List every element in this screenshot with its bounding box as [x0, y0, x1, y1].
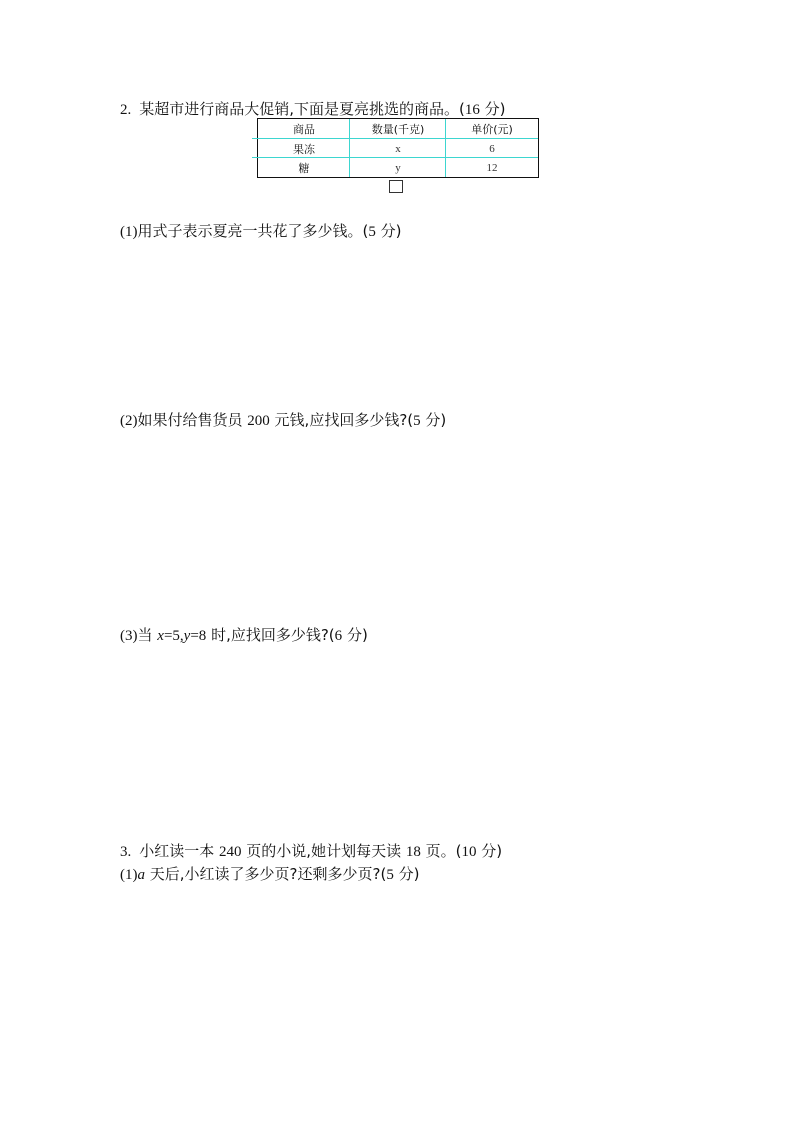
sub-question-text: 当 [138, 626, 158, 644]
table-grid-line [445, 119, 446, 177]
goods-table: 商品 数量(千克) 单价(元) 果冻 x 6 糖 y 12 [257, 118, 539, 178]
value-x: =5, [164, 628, 184, 644]
table-header-row: 商品 数量(千克) 单价(元) [258, 119, 538, 139]
payment-amount: 200 [247, 413, 270, 429]
table-header-cell: 商品 [258, 119, 350, 139]
table-cell-price: 12 [446, 158, 538, 178]
question-2-sub-1: (1)用式子表示夏亮一共花了多少钱。(5 分) [120, 221, 401, 242]
sub-question-points-suffix: 分) [376, 222, 402, 240]
value-y: =8 [190, 628, 206, 644]
question-2-sub-2: (2)如果付给售货员 200 元钱,应找回多少钱?(5 分) [120, 410, 446, 431]
variable-x: x [157, 628, 164, 644]
sub-question-points-suffix: 分) [394, 865, 420, 883]
table-grid-line [349, 119, 350, 177]
table-cell-quantity: x [350, 139, 446, 159]
sub-question-points: 5 [386, 867, 394, 883]
sub-question-text: 元钱,应找回多少钱?( [270, 411, 413, 429]
table-anchor-box [389, 180, 403, 193]
sub-question-points: 5 [368, 224, 376, 240]
table-cell-quantity: y [350, 158, 446, 178]
sub-question-prefix: (1) [120, 867, 138, 883]
sub-question-prefix: (2) [120, 413, 138, 429]
sub-question-points-suffix: 分) [342, 626, 368, 644]
sub-question-text: 用式子表示夏亮一共花了多少钱。( [138, 222, 369, 240]
question-2-heading: 2.某超市进行商品大促销,下面是夏亮挑选的商品。(16 分) [120, 99, 506, 120]
table-row: 糖 y 12 [258, 158, 538, 178]
sub-question-points: 5 [413, 413, 421, 429]
sub-question-text: 如果付给售货员 [138, 411, 248, 429]
table-cell-item: 果冻 [258, 139, 350, 159]
question-3-heading: 3.小红读一本 240 页的小说,她计划每天读 18 页。(10 分) [120, 841, 502, 862]
sub-question-points-suffix: 分) [421, 411, 447, 429]
variable-a: a [138, 867, 146, 883]
question-points-suffix: 分) [476, 842, 502, 860]
pages-per-day: 18 [406, 844, 421, 860]
question-text: 页的小说,她计划每天读 [242, 842, 406, 860]
total-pages: 240 [219, 844, 242, 860]
table-header-cell: 数量(千克) [350, 119, 446, 139]
sub-question-prefix: (1) [120, 224, 138, 240]
table-grid-line [252, 138, 538, 139]
table-header-cell: 单价(元) [446, 119, 538, 139]
question-3-sub-1: (1)a 天后,小红读了多少页?还剩多少页?(5 分) [120, 864, 419, 885]
question-number: 2. [120, 102, 131, 118]
sub-question-text: 天后,小红读了多少页?还剩多少页?( [145, 865, 386, 883]
sub-question-prefix: (3) [120, 628, 138, 644]
table-grid-line [252, 157, 538, 158]
table-row: 果冻 x 6 [258, 139, 538, 159]
question-number: 3. [120, 844, 131, 860]
question-points-suffix: 分) [480, 100, 506, 118]
table-cell-price: 6 [446, 139, 538, 159]
question-points: 10 [461, 844, 476, 860]
question-2-sub-3: (3)当 x=5,y=8 时,应找回多少钱?(6 分) [120, 625, 368, 646]
question-text: 小红读一本 [139, 842, 219, 860]
sub-question-text: 时,应找回多少钱?( [206, 626, 334, 644]
table-cell-item: 糖 [258, 158, 350, 178]
question-points: 16 [465, 102, 480, 118]
question-text: 某超市进行商品大促销,下面是夏亮挑选的商品。( [139, 100, 465, 118]
question-text: 页。( [421, 842, 462, 860]
